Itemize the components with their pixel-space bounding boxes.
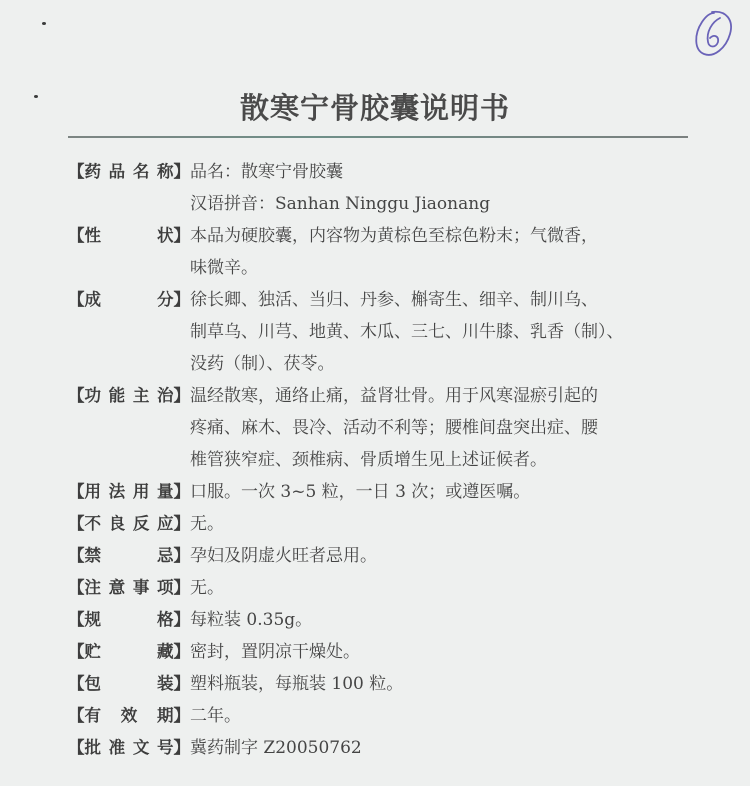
right-bracket: 】	[174, 284, 191, 380]
section-label-text: 包装	[85, 668, 174, 700]
content-line: 味微辛。	[190, 252, 688, 284]
section-label-text: 用法用量	[85, 476, 174, 508]
section-label-text: 功能主治	[85, 380, 174, 476]
label-char: 能	[109, 380, 126, 476]
label-char: 应	[157, 508, 174, 540]
left-bracket: 【	[68, 380, 85, 476]
label-char: 藏	[157, 636, 174, 668]
label-char: 反	[133, 508, 150, 540]
label-char: 不	[85, 508, 102, 540]
label-char: 意	[109, 572, 126, 604]
right-bracket: 】	[174, 220, 191, 284]
section-label: 【禁忌】	[68, 540, 190, 572]
content-line: 冀药制字 Z20050762	[190, 732, 688, 764]
label-char: 治	[157, 380, 174, 476]
section-content: 孕妇及阴虚火旺者忌用。	[190, 540, 688, 572]
section-11: 【包装】塑料瓶装，每瓶装 100 粒。	[68, 668, 688, 700]
section-9: 【规格】每粒装 0.35g。	[68, 604, 688, 636]
label-char: 药	[85, 156, 102, 220]
title-divider	[68, 136, 688, 138]
section-label-text: 贮藏	[85, 636, 174, 668]
label-char: 号	[157, 732, 174, 764]
content-line: 疼痛、麻木、畏冷、活动不利等；腰椎间盘突出症、腰	[190, 412, 688, 444]
right-bracket: 】	[174, 604, 191, 636]
content-line: 密封，置阴凉干燥处。	[190, 636, 688, 668]
label-char: 规	[85, 604, 102, 636]
label-char: 事	[133, 572, 150, 604]
left-bracket: 【	[68, 572, 85, 604]
scan-speck	[42, 22, 46, 25]
sections-list: 【药品名称】品名：散寒宁骨胶囊汉语拼音：Sanhan Ninggu Jiaona…	[68, 156, 688, 764]
section-content: 徐长卿、独活、当归、丹参、槲寄生、细辛、制川乌、制草乌、川芎、地黄、木瓜、三七、…	[190, 284, 688, 380]
right-bracket: 】	[174, 700, 191, 732]
left-bracket: 【	[68, 636, 85, 668]
content-line: 椎管狭窄症、颈椎病、骨质增生见上述证候者。	[190, 444, 688, 476]
content-line: 孕妇及阴虚火旺者忌用。	[190, 540, 688, 572]
section-label-text: 成分	[85, 284, 174, 380]
label-char: 包	[85, 668, 102, 700]
content-line: 每粒装 0.35g。	[190, 604, 688, 636]
label-char: 性	[85, 220, 102, 284]
right-bracket: 】	[174, 508, 191, 540]
section-content: 冀药制字 Z20050762	[190, 732, 688, 764]
label-char: 称	[157, 156, 174, 220]
label-char: 名	[133, 156, 150, 220]
content-line: 无。	[190, 572, 688, 604]
left-bracket: 【	[68, 604, 85, 636]
section-content: 无。	[190, 572, 688, 604]
label-char: 效	[121, 700, 138, 732]
section-label-text: 禁忌	[85, 540, 174, 572]
left-bracket: 【	[68, 284, 85, 380]
section-content: 品名：散寒宁骨胶囊汉语拼音：Sanhan Ninggu Jiaonang	[190, 156, 688, 220]
section-label: 【药品名称】	[68, 156, 190, 220]
section-content: 本品为硬胶囊，内容物为黄棕色至棕色粉末；气微香，味微辛。	[190, 220, 688, 284]
label-char: 分	[157, 284, 174, 380]
handwritten-page-number-icon	[688, 8, 736, 60]
content-line: 温经散寒，通络止痛，益肾壮骨。用于风寒湿瘀引起的	[190, 380, 688, 412]
content-line: 制草乌、川芎、地黄、木瓜、三七、川牛膝、乳香（制）、	[190, 316, 688, 348]
label-char: 用	[85, 476, 102, 508]
section-label-text: 性状	[85, 220, 174, 284]
label-char: 主	[133, 380, 150, 476]
section-content: 每粒装 0.35g。	[190, 604, 688, 636]
section-1: 【药品名称】品名：散寒宁骨胶囊汉语拼音：Sanhan Ninggu Jiaona…	[68, 156, 688, 220]
section-content: 无。	[190, 508, 688, 540]
label-char: 禁	[85, 540, 102, 572]
section-4: 【功能主治】温经散寒，通络止痛，益肾壮骨。用于风寒湿瘀引起的疼痛、麻木、畏冷、活…	[68, 380, 688, 476]
left-bracket: 【	[68, 508, 85, 540]
label-char: 装	[157, 668, 174, 700]
section-label-text: 注意事项	[85, 572, 174, 604]
section-label-text: 不良反应	[85, 508, 174, 540]
label-char: 有	[85, 700, 102, 732]
section-label: 【有效期】	[68, 700, 190, 732]
right-bracket: 】	[174, 156, 191, 220]
content-line: 本品为硬胶囊，内容物为黄棕色至棕色粉末；气微香，	[190, 220, 688, 252]
content-line: 二年。	[190, 700, 688, 732]
left-bracket: 【	[68, 540, 85, 572]
label-char: 成	[85, 284, 102, 380]
right-bracket: 】	[174, 380, 191, 476]
content-line: 品名：散寒宁骨胶囊	[190, 156, 688, 188]
section-label: 【成分】	[68, 284, 190, 380]
content-line: 徐长卿、独活、当归、丹参、槲寄生、细辛、制川乌、	[190, 284, 688, 316]
section-10: 【贮藏】密封，置阴凉干燥处。	[68, 636, 688, 668]
label-char: 准	[109, 732, 126, 764]
section-label: 【不良反应】	[68, 508, 190, 540]
label-char: 贮	[85, 636, 102, 668]
section-content: 二年。	[190, 700, 688, 732]
right-bracket: 】	[174, 476, 191, 508]
label-char: 文	[133, 732, 150, 764]
section-content: 密封，置阴凉干燥处。	[190, 636, 688, 668]
section-label: 【注意事项】	[68, 572, 190, 604]
section-label: 【性状】	[68, 220, 190, 284]
left-bracket: 【	[68, 732, 85, 764]
section-2: 【性状】本品为硬胶囊，内容物为黄棕色至棕色粉末；气微香，味微辛。	[68, 220, 688, 284]
label-char: 项	[157, 572, 174, 604]
label-char: 良	[109, 508, 126, 540]
section-content: 温经散寒，通络止痛，益肾壮骨。用于风寒湿瘀引起的疼痛、麻木、畏冷、活动不利等；腰…	[190, 380, 688, 476]
content-line: 无。	[190, 508, 688, 540]
section-label: 【包装】	[68, 668, 190, 700]
content-line: 没药（制）、茯苓。	[190, 348, 688, 380]
right-bracket: 】	[174, 668, 191, 700]
left-bracket: 【	[68, 700, 85, 732]
left-bracket: 【	[68, 668, 85, 700]
section-13: 【批准文号】冀药制字 Z20050762	[68, 732, 688, 764]
section-label: 【贮藏】	[68, 636, 190, 668]
section-content: 塑料瓶装，每瓶装 100 粒。	[190, 668, 688, 700]
right-bracket: 】	[174, 540, 191, 572]
section-3: 【成分】徐长卿、独活、当归、丹参、槲寄生、细辛、制川乌、制草乌、川芎、地黄、木瓜…	[68, 284, 688, 380]
label-char: 注	[85, 572, 102, 604]
section-6: 【不良反应】无。	[68, 508, 688, 540]
label-char: 批	[85, 732, 102, 764]
section-label: 【批准文号】	[68, 732, 190, 764]
section-7: 【禁忌】孕妇及阴虚火旺者忌用。	[68, 540, 688, 572]
document-title: 散寒宁骨胶囊说明书	[0, 86, 750, 127]
label-char: 期	[157, 700, 174, 732]
section-12: 【有效期】二年。	[68, 700, 688, 732]
right-bracket: 】	[174, 572, 191, 604]
section-label-text: 有效期	[85, 700, 174, 732]
section-8: 【注意事项】无。	[68, 572, 688, 604]
section-label: 【功能主治】	[68, 380, 190, 476]
right-bracket: 】	[174, 732, 191, 764]
section-label-text: 批准文号	[85, 732, 174, 764]
section-label-text: 规格	[85, 604, 174, 636]
label-char: 功	[85, 380, 102, 476]
left-bracket: 【	[68, 220, 85, 284]
section-5: 【用法用量】口服。一次 3~5 粒，一日 3 次；或遵医嘱。	[68, 476, 688, 508]
label-char: 品	[109, 156, 126, 220]
label-char: 格	[157, 604, 174, 636]
section-content: 口服。一次 3~5 粒，一日 3 次；或遵医嘱。	[190, 476, 688, 508]
right-bracket: 】	[174, 636, 191, 668]
label-char: 量	[157, 476, 174, 508]
label-char: 法	[109, 476, 126, 508]
left-bracket: 【	[68, 476, 85, 508]
section-label-text: 药品名称	[85, 156, 174, 220]
label-char: 用	[133, 476, 150, 508]
content-line: 塑料瓶装，每瓶装 100 粒。	[190, 668, 688, 700]
content-line: 口服。一次 3~5 粒，一日 3 次；或遵医嘱。	[190, 476, 688, 508]
left-bracket: 【	[68, 156, 85, 220]
section-label: 【规格】	[68, 604, 190, 636]
label-char: 忌	[157, 540, 174, 572]
content-line: 汉语拼音：Sanhan Ninggu Jiaonang	[190, 188, 688, 220]
section-label: 【用法用量】	[68, 476, 190, 508]
label-char: 状	[157, 220, 174, 284]
